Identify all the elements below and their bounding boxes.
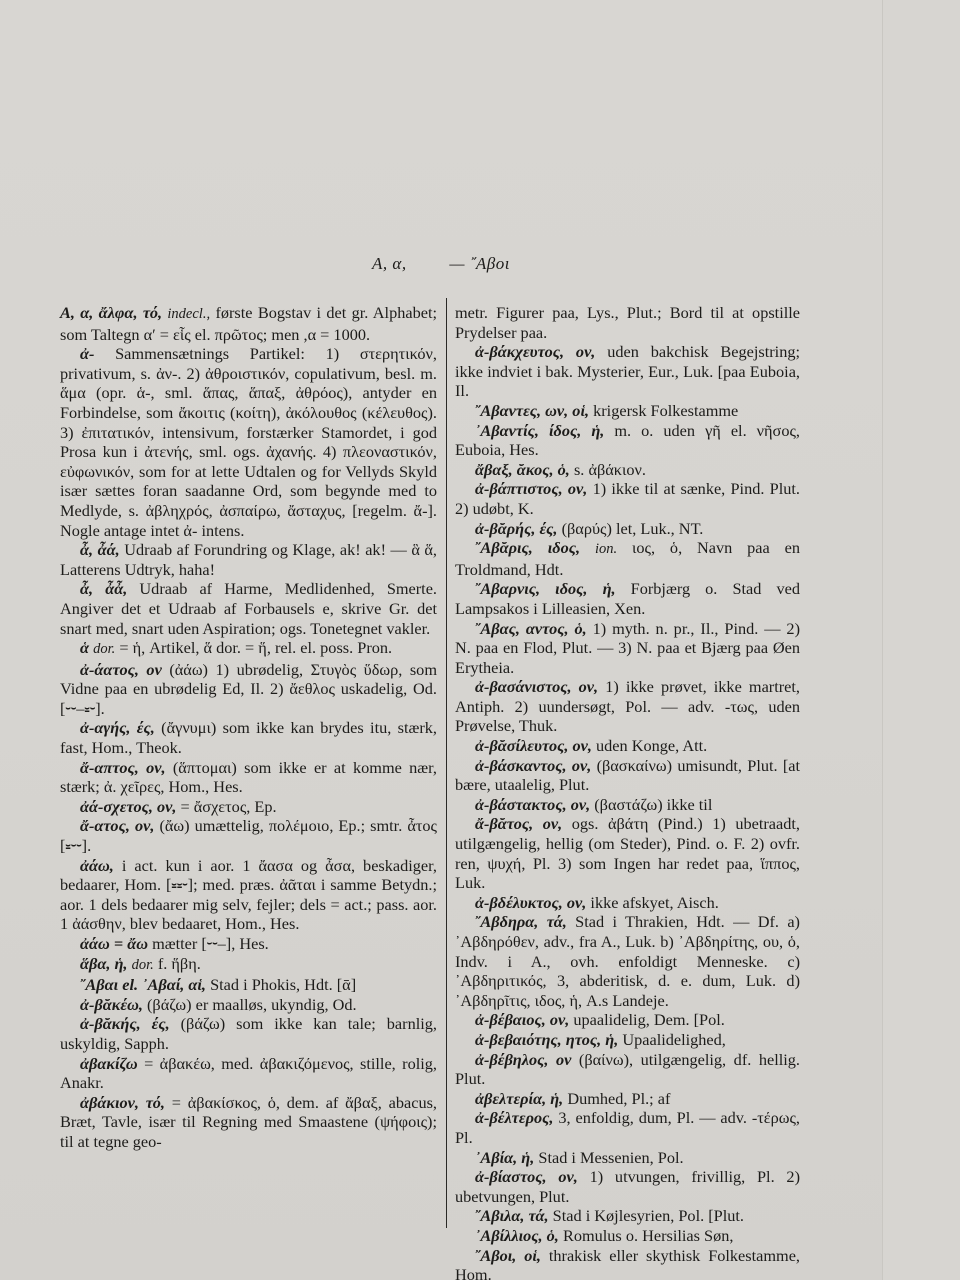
entry-definition: Sammensætnings Partikel: 1) στερητικόν, … bbox=[60, 344, 437, 539]
entry-headword: ἀ-αγής, ές, bbox=[80, 718, 155, 737]
entry-abbreviation: ion. bbox=[595, 541, 617, 557]
entry-definition: Stad i Phokis, Hdt. [ᾱ] bbox=[210, 975, 356, 994]
dictionary-entry: ἀ-βᾰσίλευτος, ον, uden Konge, Att. bbox=[455, 736, 800, 756]
dictionary-entry: ἀ-βᾰρής, ές, (βαρύς) let, Luk., NT. bbox=[455, 519, 800, 539]
entry-definition: (βαστάζω) ikke til bbox=[594, 795, 712, 814]
dictionary-entry: ἀ-βίαστος, ον, 1) utvungen, frivillig, P… bbox=[455, 1167, 800, 1206]
entry-headword: ἀάω, bbox=[80, 856, 114, 875]
dictionary-entry: ῎Αβδηρα, τά, Stad i Thrakien, Hdt. — Df.… bbox=[455, 912, 800, 1010]
entry-headword: ἀάω = ἄω bbox=[80, 934, 148, 953]
dictionary-entry: ἀ-άατος, ον (ἀάω) 1) ubrødelig, Στυγὸς ὕ… bbox=[60, 660, 437, 719]
entry-definition: Romulus o. Hersilias Søn, bbox=[563, 1226, 734, 1245]
dictionary-entry: ἀ-βέβηλος, ον (βαίνω), utilgængelig, df.… bbox=[455, 1050, 800, 1089]
entry-definition: s. ἀβάκιον. bbox=[574, 460, 646, 479]
dictionary-entry: ἅβα, ἡ, dor. f. ἥβη. bbox=[60, 954, 437, 976]
entry-definition: Stad i Messenien, Pol. bbox=[538, 1148, 683, 1167]
dictionary-entry: ῎Αβας, αντος, ὁ, 1) myth. n. pr., Il., P… bbox=[455, 619, 800, 678]
dictionary-entry: ἀ-βάστακτος, ον, (βαστάζω) ikke til bbox=[455, 795, 800, 815]
entry-definition: Upaalidelighed, bbox=[622, 1030, 726, 1049]
entry-headword: ῎Αβοι, οἱ, bbox=[475, 1246, 541, 1265]
entry-headword: ἁ bbox=[80, 638, 89, 657]
entry-headword: ῎Αβαι el. ᾿Αβαί, αἱ, bbox=[80, 975, 206, 994]
entry-definition: krigersk Folkestamme bbox=[593, 401, 738, 420]
entry-headword: ἆ, ἆά, bbox=[80, 540, 120, 559]
dictionary-entry: ἀ-βέβαιος, ον, upaalidelig, Dem. [Pol. bbox=[455, 1010, 800, 1030]
entry-headword: ἀ-άατος, ον bbox=[80, 660, 162, 679]
entry-headword: ἀβελτερία, ἡ, bbox=[475, 1089, 563, 1108]
dictionary-entry: ἀάω, i act. kun i aor. 1 ἄασα og ἆσα, be… bbox=[60, 856, 437, 934]
dictionary-entry: ἀά-σχετος, ον, = ἄσχετος, Ep. bbox=[60, 797, 437, 817]
column-divider bbox=[446, 298, 447, 1228]
entry-headword: ῎Αβᾰρις, ιδος, bbox=[475, 538, 580, 557]
dictionary-entry: ᾿Αβίλλιος, ὁ, Romulus o. Hersilias Søn, bbox=[455, 1226, 800, 1246]
entry-headword: ἀά-σχετος, ον, bbox=[80, 797, 176, 816]
entry-headword: ἀ-βᾰσίλευτος, ον, bbox=[475, 736, 592, 755]
running-head-right: ῎Αβοι bbox=[470, 254, 510, 273]
underlying-page-edge bbox=[882, 0, 960, 1280]
entry-headword: ἀ-βάστακτος, ον, bbox=[475, 795, 590, 814]
dictionary-entry: ἀ-βᾰκής, ές, (βάζω) som ikke kan tale; b… bbox=[60, 1014, 437, 1053]
dictionary-entry: ῎Αβαρνις, ιδος, ἡ, Forbjærg o. Stad ved … bbox=[455, 579, 800, 618]
entry-headword: ῎Αβαρνις, ιδος, ἡ, bbox=[475, 579, 616, 598]
entry-headword: ἄ-βᾰτος, ον, bbox=[475, 814, 562, 833]
entry-headword: ἀβάκιον, τό, bbox=[80, 1093, 165, 1112]
entry-abbreviation: indecl., bbox=[167, 306, 210, 322]
entry-headword: ἀ-βᾰκέω, bbox=[80, 995, 143, 1014]
dictionary-entry: metr. Figurer paa, Lys., Plut.; Bord til… bbox=[455, 303, 800, 342]
entry-headword: ἀ-βίαστος, ον, bbox=[475, 1167, 578, 1186]
dictionary-entry: ᾿Αβία, ἡ, Stad i Messenien, Pol. bbox=[455, 1148, 800, 1168]
dictionary-entry: ἀ-βάπτιστος, ον, 1) ikke til at sænke, P… bbox=[455, 479, 800, 518]
dictionary-entry: ἆ, ἆἆ, Udraab af Harme, Medlidenhed, Sme… bbox=[60, 579, 437, 638]
right-column: metr. Figurer paa, Lys., Plut.; Bord til… bbox=[455, 303, 800, 1280]
entry-headword: Α, α, ἄλφα, τό, bbox=[60, 303, 162, 322]
entry-headword: ἀ-βέβηλος, ον bbox=[475, 1050, 571, 1069]
entry-headword: ἀ-βασάνιστος, ον, bbox=[475, 677, 598, 696]
dictionary-entry: ῎Αβᾰρις, ιδος, ion. ιος, ὁ, Navn paa en … bbox=[455, 538, 800, 579]
entry-headword: ἅβα, ἡ, bbox=[80, 954, 128, 973]
entry-headword: ἀ-βᾰκής, ές, bbox=[80, 1014, 170, 1033]
dictionary-entry: ἀ-βάκχευτος, ον, uden bakchisk Begejstri… bbox=[455, 342, 800, 401]
entry-headword: ἄ-απτος, ον, bbox=[80, 758, 166, 777]
entry-definition: Stad i Køjlesyrien, Pol. [Plut. bbox=[553, 1206, 744, 1225]
dictionary-entry: ἀ- Sammensætnings Partikel: 1) στερητικό… bbox=[60, 344, 437, 540]
entry-headword: ῎Αβαντες, ων, οἱ, bbox=[475, 401, 589, 420]
entry-headword: ῎Αβιλα, τά, bbox=[475, 1206, 549, 1225]
entry-headword: ῎Αβδηρα, τά, bbox=[475, 912, 567, 931]
entry-definition: = ἡ, Artikel, ἅ dor. = ἥ, rel. el. poss.… bbox=[119, 638, 392, 657]
entry-headword: ᾿Αβία, ἡ, bbox=[475, 1148, 534, 1167]
entry-definition: metr. Figurer paa, Lys., Plut.; Bord til… bbox=[455, 303, 800, 342]
dictionary-entry: ἆ, ἆά, Udraab af Forundring og Klage, ak… bbox=[60, 540, 437, 579]
entry-headword: ἀ-βδέλυκτος, ον, bbox=[475, 893, 586, 912]
entry-headword: ἀ-βεβαιότης, ητος, ἡ, bbox=[475, 1030, 618, 1049]
dictionary-entry: ἀ-βδέλυκτος, ον, ikke afskyet, Aisch. bbox=[455, 893, 800, 913]
dictionary-entry: ἄ-απτος, ον, (ἅπτομαι) som ikke er at ko… bbox=[60, 758, 437, 797]
dictionary-entry: ἀ-βασάνιστος, ον, 1) ikke prøvet, ikke m… bbox=[455, 677, 800, 736]
entry-headword: ᾿Αβαντίς, ίδος, ἡ, bbox=[475, 421, 604, 440]
dictionary-entry: ἀάω = ἄω mætter [⏑⏑–], Hes. bbox=[60, 934, 437, 954]
entry-headword: ἀ-βάκχευτος, ον, bbox=[475, 342, 595, 361]
dictionary-entry: ἁ dor. = ἡ, Artikel, ἅ dor. = ἥ, rel. el… bbox=[60, 638, 437, 660]
entry-headword: ἀ- bbox=[80, 344, 94, 363]
dictionary-entry: ἄ-βᾰτος, ον, ogs. ἀβάτη (Pind.) 1) ubetr… bbox=[455, 814, 800, 892]
entry-headword: ἀ-βᾰρής, ές, bbox=[475, 519, 558, 538]
entry-headword: ἀβακίζω bbox=[80, 1054, 138, 1073]
running-head: Α, α, — ῎Αβοι bbox=[0, 254, 882, 274]
entry-definition: upaalidelig, Dem. [Pol. bbox=[573, 1010, 724, 1029]
dictionary-entry: ἀ-βᾰκέω, (βάζω) er maalløs, ukyndig, Od. bbox=[60, 995, 437, 1015]
dictionary-entry: ἀβάκιον, τό, = ἀβακίσκος, ὁ, dem. af ἄβα… bbox=[60, 1093, 437, 1152]
dictionary-entry: Α, α, ἄλφα, τό, indecl., første Bogstav … bbox=[60, 303, 437, 344]
entry-abbreviation: dor. bbox=[93, 641, 115, 657]
entry-definition: f. ἥβη. bbox=[158, 954, 201, 973]
left-column: Α, α, ἄλφα, τό, indecl., første Bogstav … bbox=[60, 303, 437, 1152]
entry-headword: ἀ-βέβαιος, ον, bbox=[475, 1010, 569, 1029]
entry-definition: (βαρύς) let, Luk., NT. bbox=[562, 519, 704, 538]
entry-abbreviation: dor. bbox=[132, 957, 154, 973]
entry-headword: ἆ, ἆἆ, bbox=[80, 579, 127, 598]
entry-definition: uden Konge, Att. bbox=[596, 736, 707, 755]
running-head-dash: — bbox=[449, 254, 465, 273]
dictionary-entry: ἀ-βέλτερος, 3, enfoldig, dum, Pl. — adv.… bbox=[455, 1108, 800, 1147]
dictionary-entry: ῎Αβαι el. ᾿Αβαί, αἱ, Stad i Phokis, Hdt.… bbox=[60, 975, 437, 995]
running-head-left: Α, α, bbox=[372, 254, 407, 273]
entry-definition: (βάζω) er maalløs, ukyndig, Od. bbox=[147, 995, 357, 1014]
entry-definition: mætter [⏑⏑–], Hes. bbox=[152, 934, 269, 953]
entry-headword: ἄ-ατος, ον, bbox=[80, 816, 154, 835]
entry-definition: = ἄσχετος, Ep. bbox=[181, 797, 277, 816]
dictionary-entry: ἀβακίζω = ἀβακέω, med. ἀβακιζόμενος, sti… bbox=[60, 1054, 437, 1093]
dictionary-entry: ἄβαξ, ᾰκος, ὁ, s. ἀβάκιον. bbox=[455, 460, 800, 480]
dictionary-entry: ἀ-βάσκαντος, ον, (βασκαίνω) umisundt, Pl… bbox=[455, 756, 800, 795]
entry-headword: ᾿Αβίλλιος, ὁ, bbox=[475, 1226, 559, 1245]
entry-headword: ἀ-βάπτιστος, ον, bbox=[475, 479, 587, 498]
entry-definition: i act. kun i aor. 1 ἄασα og ἆσα, beskadi… bbox=[60, 856, 437, 934]
entry-headword: ἀ-βάσκαντος, ον, bbox=[475, 756, 591, 775]
entry-definition: Dumhed, Pl.; af bbox=[567, 1089, 670, 1108]
dictionary-entry: ῎Αβαντες, ων, οἱ, krigersk Folkestamme bbox=[455, 401, 800, 421]
dictionary-entry: ῎Αβοι, οἱ, thrakisk eller skythisk Folke… bbox=[455, 1246, 800, 1280]
dictionary-entry: ἄ-ατος, ον, (ἄω) umættelig, πολέμοιο, Ep… bbox=[60, 816, 437, 855]
dictionary-entry: ᾿Αβαντίς, ίδος, ἡ, m. o. uden γῆ el. νῆσ… bbox=[455, 421, 800, 460]
entry-definition: ikke afskyet, Aisch. bbox=[590, 893, 718, 912]
entry-headword: ἀ-βέλτερος, bbox=[475, 1108, 553, 1127]
dictionary-entry: ῎Αβιλα, τά, Stad i Køjlesyrien, Pol. [Pl… bbox=[455, 1206, 800, 1226]
dictionary-entry: ἀβελτερία, ἡ, Dumhed, Pl.; af bbox=[455, 1089, 800, 1109]
entry-headword: ἄβαξ, ᾰκος, ὁ, bbox=[475, 460, 570, 479]
dictionary-entry: ἀ-βεβαιότης, ητος, ἡ, Upaalidelighed, bbox=[455, 1030, 800, 1050]
entry-headword: ῎Αβας, αντος, ὁ, bbox=[475, 619, 587, 638]
dictionary-entry: ἀ-αγής, ές, (ἄγνυμι) som ikke kan brydes… bbox=[60, 718, 437, 757]
